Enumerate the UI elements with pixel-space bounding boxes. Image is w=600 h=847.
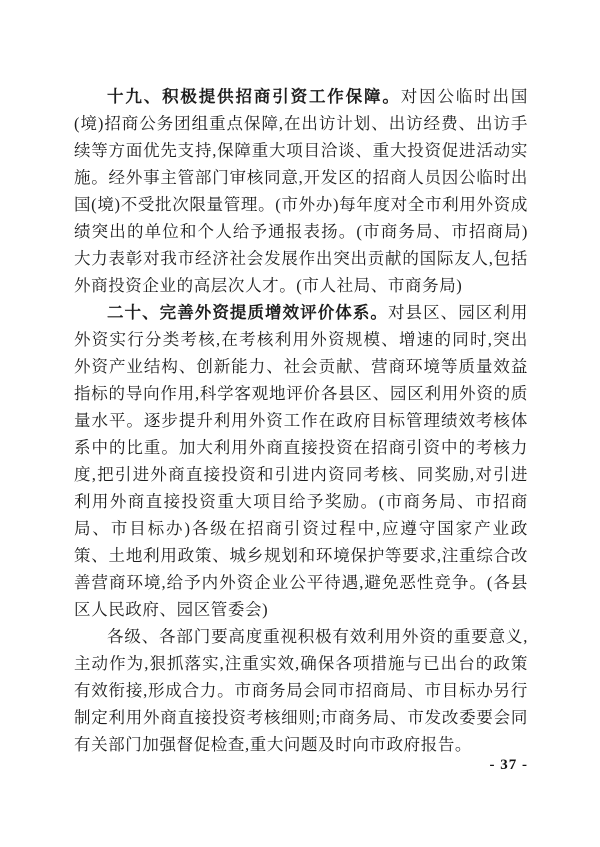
section-heading: 十九、积极提供招商引资工作保障。	[107, 87, 401, 106]
page-number: - 37 -	[490, 757, 529, 774]
section-heading: 二十、完善外资提质增效评价体系。	[107, 303, 388, 322]
document-page: 十九、积极提供招商引资工作保障。对因公临时出国(境)招商公务团组重点保障,在出访…	[0, 0, 600, 847]
paragraph: 十九、积极提供招商引资工作保障。对因公临时出国(境)招商公务团组重点保障,在出访…	[74, 83, 528, 299]
document-body: 十九、积极提供招商引资工作保障。对因公临时出国(境)招商公务团组重点保障,在出访…	[74, 83, 528, 758]
paragraph-text: 各级、各部门要高度重视积极有效利用外资的重要意义,主动作为,狠抓落实,注重实效,…	[74, 627, 528, 754]
paragraph: 二十、完善外资提质增效评价体系。对县区、园区利用外资实行分类考核,在考核利用外资…	[74, 299, 528, 623]
paragraph-text: 对因公临时出国(境)招商公务团组重点保障,在出访计划、出访经费、出访手续等方面优…	[74, 87, 528, 295]
paragraph-text: 对县区、园区利用外资实行分类考核,在考核利用外资规模、增速的同时,突出外资产业结…	[74, 303, 528, 619]
paragraph: 各级、各部门要高度重视积极有效利用外资的重要意义,主动作为,狠抓落实,注重实效,…	[74, 623, 528, 758]
